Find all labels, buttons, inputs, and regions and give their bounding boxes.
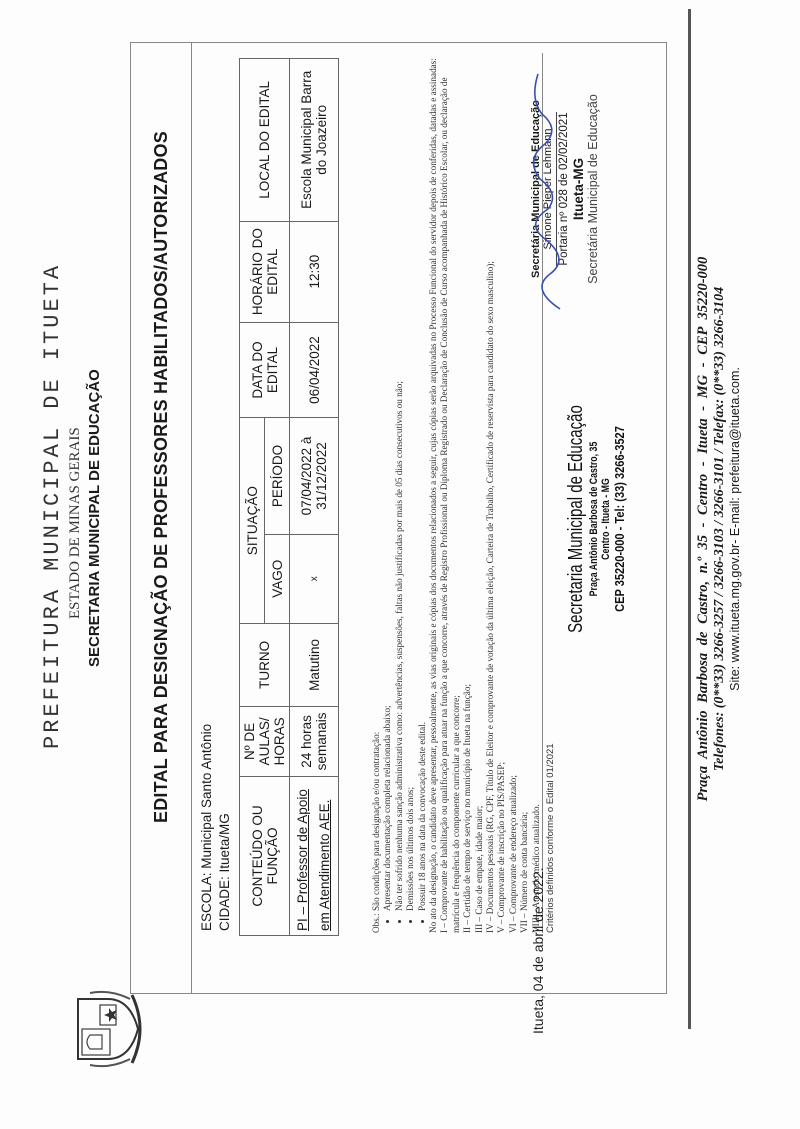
school-info: ESCOLA: Municipal Santo Antônio CIDADE: …	[192, 43, 234, 993]
prefeitura-name: PREFEITURA MUNICIPAL DE ITUETA	[40, 149, 65, 749]
obs-item: II – Certidão de tempo de serviço no mun…	[462, 53, 473, 933]
col-conteudo: CONTEÚDO OU FUNÇÃO	[240, 776, 290, 935]
stamp-address: Praça Antônio Barbosa de Castro, 35	[588, 391, 600, 647]
cell-periodo: 07/04/2022 à 31/12/2022	[290, 418, 339, 534]
col-aulas: Nº DE AULAS/ HORAS	[240, 706, 290, 776]
cell-vago: x	[290, 534, 339, 623]
footer: Praça Antônio Barbosa de Castro, n.º 35 …	[695, 119, 742, 939]
cell-conteudo: PI – Professor de Apoio em Atendimento A…	[290, 776, 339, 935]
col-horario: HORÁRIO DO EDITAL	[240, 221, 290, 322]
signer-subtitle: Secretária Municipal de Educação	[586, 39, 600, 339]
footer-address: Praça Antônio Barbosa de Castro, n.º 35 …	[695, 119, 712, 939]
table-row: PI – Professor de Apoio em Atendimento A…	[290, 59, 339, 936]
vacancy-table: CONTEÚDO OU FUNÇÃO Nº DE AULAS/ HORAS TU…	[239, 58, 339, 936]
obs-bullet: Possuir 18 anos na data da convocação de…	[417, 53, 428, 911]
secretaria-stamp: Secretaria Municipal de Educação Praça A…	[565, 359, 627, 679]
footer-divider	[688, 9, 691, 1029]
signature-block: Secretária Municipal de Educação Simone …	[530, 39, 600, 339]
col-data: DATA DO EDITAL	[240, 322, 290, 418]
cell-aulas: 24 horas semanais	[290, 706, 339, 776]
cell-local: Escola Municipal Barra do Joazeiro	[290, 59, 339, 222]
col-periodo: PERÍODO	[265, 418, 290, 534]
col-turno: TURNO	[240, 623, 290, 706]
footer-phones: Telefones: (0**33) 3266-3257 / 3266-3103…	[712, 119, 728, 939]
col-situacao: SITUAÇÃO	[240, 418, 265, 624]
stamp-city: Centro - Itueta - MG	[600, 391, 612, 647]
stamp-cep-tel: CEP 35220-000 - Tel: (33) 3266-3527	[612, 383, 627, 655]
stamp-title: Secretaria Municipal de Educação	[565, 399, 588, 639]
col-vago: VAGO	[265, 534, 290, 623]
col-local: LOCAL DO EDITAL	[240, 59, 290, 222]
state-name: ESTADO DE MINAS GERAIS	[67, 149, 84, 619]
obs-item: V – Comprovante de inscrição no PIS/PASE…	[496, 53, 507, 933]
edital-title: EDITAL PARA DESIGNAÇÃO DE PROFESSORES HA…	[131, 43, 192, 993]
handwritten-signature-icon	[520, 59, 570, 319]
table-header-row: CONTEÚDO OU FUNÇÃO Nº DE AULAS/ HORAS TU…	[240, 59, 265, 936]
document-page: PREFEITURA MUNICIPAL DE ITUETA ESTADO DE…	[0, 0, 800, 1129]
obs-item: VI – Comprovante de endereço atualizado;	[508, 53, 519, 933]
obs-item: IV – Documentos pessoais (RG, CPF, Títul…	[485, 53, 496, 933]
obs-bullet: Demissões nos últimos dois anos;	[405, 53, 416, 911]
school-name: ESCOLA: Municipal Santo Antônio	[198, 53, 216, 931]
obs-bullet: Não ter sofrido nenhuma sanção administr…	[394, 53, 405, 911]
footer-web[interactable]: Site: www.itueta.mg.gov.br- E-mail: pref…	[728, 119, 742, 939]
obs-item: III – Caso de empate, idade maior;	[474, 53, 485, 933]
cell-data: 06/04/2022	[290, 322, 339, 418]
obs-intro: Obs.: São condições para designação e/ou…	[371, 53, 382, 933]
obs-item: I – Comprovante de habilitação ou qualif…	[439, 53, 462, 933]
letterhead: PREFEITURA MUNICIPAL DE ITUETA ESTADO DE…	[30, 0, 140, 1129]
cell-turno: Matutino	[290, 623, 339, 706]
obs-bullet: Apresentar documentação completa relacio…	[382, 53, 393, 911]
city-name: CIDADE: Itueta/MG	[216, 53, 234, 931]
signer-city: Itueta-MG	[572, 39, 586, 339]
coat-of-arms-icon	[70, 989, 142, 1069]
date-line: Itueta, 04 de abril de 2022.	[530, 867, 546, 1034]
cell-horario: 12:30	[290, 221, 339, 322]
secretaria-name: SECRETARIA MUNICIPAL DE EDUCAÇÃO	[86, 149, 103, 667]
obs-ato: No ato da designação, o candidato deve a…	[428, 53, 439, 933]
obs-bullet-list: Apresentar documentação completa relacio…	[382, 53, 428, 933]
observations-box: Obs.: São condições para designação e/ou…	[371, 53, 543, 933]
